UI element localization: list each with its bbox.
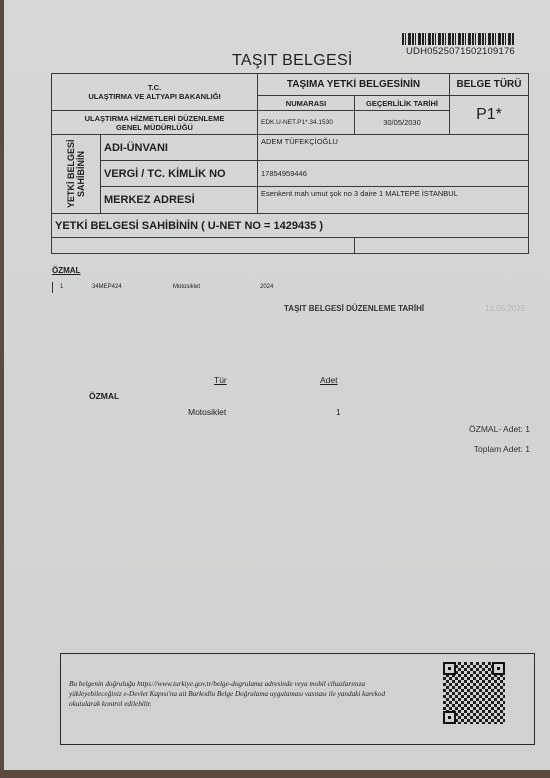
validity-value: 30/05/2030	[355, 111, 450, 135]
summary-col-count: Adet	[320, 375, 338, 385]
summary-type: Motosiklet	[188, 407, 226, 417]
empty-cell-right	[355, 238, 529, 254]
address-value: Esenkent mah umut şok no 3 daire 1 MALTE…	[258, 187, 529, 214]
validity-label: GEÇERLİLİK TARİHİ	[355, 96, 450, 111]
barcode-number: UDH0525071502109176	[406, 46, 515, 57]
issue-date-label: TAŞIT BELGESİ DÜZENLEME TARİHİ	[284, 304, 424, 313]
vehicle-group-heading: ÖZMAL	[52, 266, 80, 275]
row-marker	[52, 282, 53, 293]
document-title: TAŞIT BELGESİ	[232, 52, 353, 70]
permit-info-table: T.C. ULAŞTIRMA VE ALTYAPI BAKANLIĞI TAŞI…	[51, 73, 529, 254]
vehicle-plate: 34MEP424	[92, 284, 122, 290]
permit-header: TAŞIMA YETKİ BELGESİNİN	[258, 74, 450, 96]
document-page: UDH0525071502109176 TAŞIT BELGESİ T.C. U…	[4, 0, 550, 770]
department-line1: ULAŞTIRMA HİZMETLERİ DÜZENLEME	[55, 114, 254, 123]
authority-ministry: ULAŞTIRMA VE ALTYAPI BAKANLIĞI	[55, 92, 254, 101]
number-value: EDK.U-NET.P1*.34.1530	[258, 111, 355, 135]
summary-count: 1	[336, 407, 341, 417]
type-label: BELGE TÜRÜ	[450, 74, 529, 96]
group-total: ÖZMAL- Adet: 1	[469, 424, 530, 434]
number-label: NUMARASI	[258, 96, 355, 111]
holder-section-label: YETKİ BELGESİ SAHİBİNİN	[66, 136, 86, 212]
qr-finder-icon	[443, 662, 456, 675]
qr-finder-icon	[443, 711, 456, 724]
issue-date-value: 12.05.2025	[485, 304, 525, 313]
unet-line: YETKİ BELGESİ SAHİBİNİN ( U-NET NO = 142…	[52, 214, 529, 238]
authority-tc: T.C.	[55, 83, 254, 92]
authority-cell: T.C. ULAŞTIRMA VE ALTYAPI BAKANLIĞI	[52, 74, 258, 111]
qr-code-icon	[443, 662, 505, 724]
vehicle-row: 1 34MEP424 Motosiklet 2024	[52, 282, 312, 294]
holder-section-cell: YETKİ BELGESİ SAHİBİNİN	[52, 135, 101, 214]
barcode-icon	[402, 33, 514, 45]
vehicle-type: Motosiklet	[173, 284, 200, 290]
vehicle-index: 1	[60, 284, 63, 290]
tax-label: VERGİ / TC. KİMLİK NO	[101, 161, 258, 187]
verification-text: Bu belgenin doğruluğu https://www.turkiy…	[69, 679, 399, 709]
summary-col-type: Tür	[214, 375, 227, 385]
department-cell: ULAŞTIRMA HİZMETLERİ DÜZENLEME GENEL MÜD…	[52, 111, 258, 135]
qr-finder-icon	[492, 662, 505, 675]
empty-cell-left	[52, 238, 355, 254]
type-value: P1*	[450, 96, 529, 135]
vehicle-year: 2024	[260, 284, 273, 290]
tax-value: 17854959446	[258, 161, 529, 187]
grand-total: Toplam Adet: 1	[474, 444, 530, 454]
department-line2: GENEL MÜDÜRLÜĞÜ	[55, 123, 254, 132]
address-label: MERKEZ ADRESİ	[101, 187, 258, 214]
verification-box: Bu belgenin doğruluğu https://www.turkiy…	[60, 653, 535, 745]
summary-group: ÖZMAL	[89, 391, 119, 401]
name-label: ADI-ÜNVANI	[101, 135, 258, 161]
name-value: ADEM TÜFEKÇİOĞLU	[258, 135, 529, 161]
